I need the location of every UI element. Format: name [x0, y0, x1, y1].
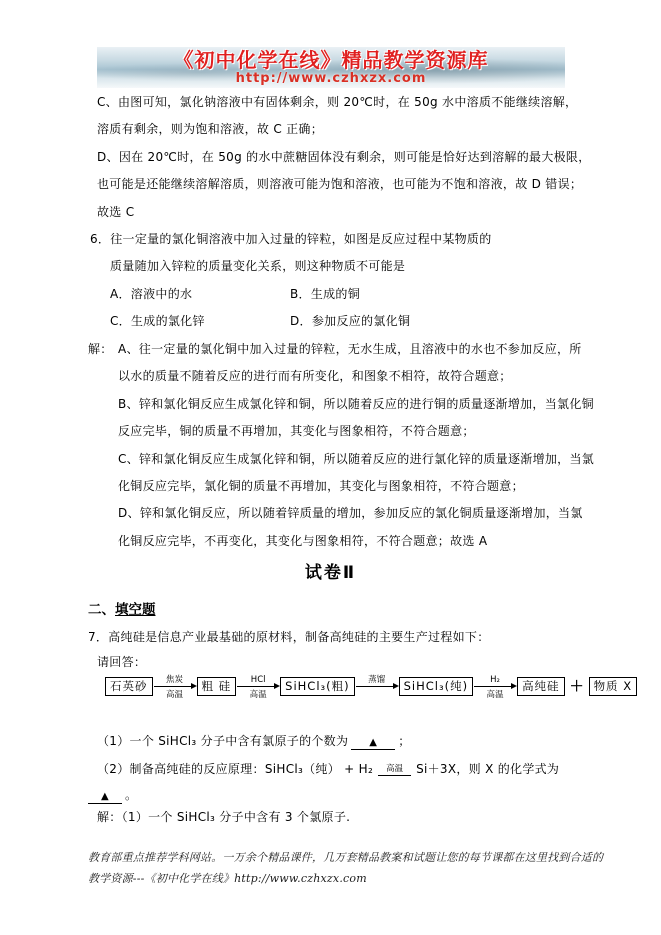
reaction-condition-label: 高温 [378, 765, 411, 776]
sub1-text: （1）一个 SiHCl₃ 分子中含有氯原子的个数为 [97, 734, 348, 748]
arrow-shaft-icon [474, 686, 513, 687]
answer-explanation-q6: 解： A、往一定量的氯化铜中加入过量的锌粒，无水生成，且溶液中的水也不参加反应，… [88, 336, 594, 555]
flow-arrow-icon: HCl高温 [236, 669, 280, 703]
sub2-end-punct: 。 [125, 788, 137, 802]
arrow-shaft-icon [154, 686, 193, 687]
section-heading: 二、填空题 [88, 598, 156, 622]
sub2-text: （2）制备高纯硅的反应原理：SiHCl₃（纯） + H₂ [97, 762, 373, 776]
section-number: 二、 [88, 602, 115, 618]
sub1-punct: ； [398, 734, 410, 748]
banner-title: 《初中化学在线》精品教学资源库 [174, 49, 489, 71]
explanation-line: C、锌和氯化铜反应生成氯化锌和铜，所以随着反应的进行氯化锌的质量逐渐增加，当氯 [118, 446, 594, 473]
question-7-sub2: （2）制备高纯硅的反应原理：SiHCl₃（纯） + H₂高温Si＋3X，则 X … [97, 756, 559, 783]
site-banner: 《初中化学在线》精品教学资源库 http://www.czhxzx.com [97, 47, 565, 88]
question-6-line1: 6．往一定量的氯化铜溶液中加入过量的锌粒，如图是反应过程中某物质的 [90, 226, 492, 253]
arrow-label-bottom: 高温 [473, 688, 517, 700]
option-label: A．溶液中的水 [110, 281, 290, 308]
answer-blank: ▲ [351, 734, 395, 750]
arrow-shaft-icon [356, 686, 395, 687]
document-page: 《初中化学在线》精品教学资源库 http://www.czhxzx.com C、… [0, 0, 661, 935]
explanation-line: 以水的质量不随着反应的进行而有所变化，和图象不相符，故符合题意； [118, 363, 594, 390]
question-6-line2: 质量随加入锌粒的质量变化关系，则这种物质不可能是 [90, 253, 492, 280]
explanation-line: A、往一定量的氯化铜中加入过量的锌粒，无水生成，且溶液中的水也不参加反应，所 [118, 336, 594, 363]
banner-url-link[interactable]: http://www.czhxzx.com [236, 71, 427, 86]
explanation-line: 化铜反应完毕，不再变化，其变化与图象相符，不符合题意；故选 A [118, 528, 594, 555]
explanation-line: 故选 C [97, 199, 591, 226]
question-7-sub1: （1）一个 SiHCl₃ 分子中含有氯原子的个数为▲； [97, 728, 411, 755]
explanation-line: C、由图可知，氯化钠溶液中有固体剩余，则 20℃时，在 50g 水中溶质不能继续… [97, 89, 591, 116]
answer-explanation-lines: A、往一定量的氯化铜中加入过量的锌粒，无水生成，且溶液中的水也不参加反应，所以水… [88, 336, 594, 555]
question-6: 6．往一定量的氯化铜溶液中加入过量的锌粒，如图是反应过程中某物质的 质量随加入锌… [90, 226, 492, 336]
question-7-solution: 解：（1）一个 SiHCl₃ 分子中含有 3 个氯原子. [97, 804, 350, 831]
footer-line2: 教学资源---《初中化学在线》http://www.czhxzx.com [88, 868, 580, 889]
flow-box: 高纯硅 [517, 677, 565, 696]
explanation-line: B、锌和氯化铜反应生成氯化锌和铜，所以随着反应的进行铜的质量逐渐增加，当氯化铜 [118, 391, 594, 418]
option-label: C．生成的氯化锌 [110, 308, 290, 335]
flow-box: 粗 硅 [197, 677, 237, 696]
option-label: D．参加反应的氯化铜 [290, 308, 470, 335]
flow-arrow-icon: H₂高温 [473, 669, 517, 703]
answer-explanation-q5: C、由图可知，氯化钠溶液中有固体剩余，则 20℃时，在 50g 水中溶质不能继续… [97, 89, 591, 226]
arrow-shaft-icon [237, 686, 276, 687]
flow-box: 石英砂 [105, 677, 153, 696]
flow-box: 物质 X [589, 677, 638, 696]
explanation-line: 反应完毕，铜的质量不再增加，其变化与图象相符，不符合题意； [118, 418, 594, 445]
blank-triangle-marker: ▲ [369, 737, 377, 748]
flow-box: SiHCl₃(纯) [399, 677, 473, 696]
footer-promo: 教育部重点推荐学科网站。一万余个精品课件，几万套精品教案和试题让您的每节课都在这… [88, 847, 580, 889]
production-flowchart: 石英砂焦炭高温粗 硅HCl高温SiHCl₃(粗)蒸馏SiHCl₃(纯)H₂高温高… [105, 668, 637, 704]
plus-sign: ＋ [565, 676, 589, 696]
question-7-intro: 7．高纯硅是信息产业最基础的原材料，制备高纯硅的主要生产过程如下： [88, 624, 490, 651]
answer-label: 解： [88, 336, 113, 363]
option-row: A．溶液中的水B．生成的铜 [110, 281, 492, 308]
flow-arrow-icon: 蒸馏 [355, 669, 399, 703]
option-label: B．生成的铜 [290, 281, 470, 308]
explanation-line: D、锌和氯化铜反应，所以随着锌质量的增加，参加反应的氯化铜质量逐渐增加，当氯 [118, 500, 594, 527]
option-row: C．生成的氯化锌D．参加反应的氯化铜 [110, 308, 492, 335]
question-6-options: A．溶液中的水B．生成的铜C．生成的氯化锌D．参加反应的氯化铜 [90, 281, 492, 336]
footer-line1: 教育部重点推荐学科网站。一万余个精品课件，几万套精品教案和试题让您的每节课都在这… [88, 847, 580, 868]
arrow-label-bottom: 高温 [236, 688, 280, 700]
explanation-line: D、因在 20℃时，在 50g 的水中蔗糖固体没有剩余，则可能是恰好达到溶解的最… [97, 144, 591, 171]
explanation-line: 也可能是还能继续溶解溶质，则溶液可能为饱和溶液，也可能为不饱和溶液，故 D 错误… [97, 171, 591, 198]
section-name: 填空题 [115, 602, 156, 618]
exam-part-title: 试卷Ⅱ [0, 558, 661, 583]
flow-box: SiHCl₃(粗) [280, 677, 354, 696]
sub2-text2: Si＋3X，则 X 的化学式为 [416, 762, 559, 776]
arrow-label-bottom: 高温 [153, 688, 197, 700]
flow-arrow-icon: 焦炭高温 [153, 669, 197, 703]
explanation-line: 溶质有剩余，则为饱和溶液，故 C 正确； [97, 116, 591, 143]
answer-blank: ▲ [88, 788, 122, 804]
explanation-line: 化铜反应完毕，氯化铜的质量不再增加，其变化与图象相符，不符合题意； [118, 473, 594, 500]
blank-triangle-marker: ▲ [101, 791, 109, 802]
